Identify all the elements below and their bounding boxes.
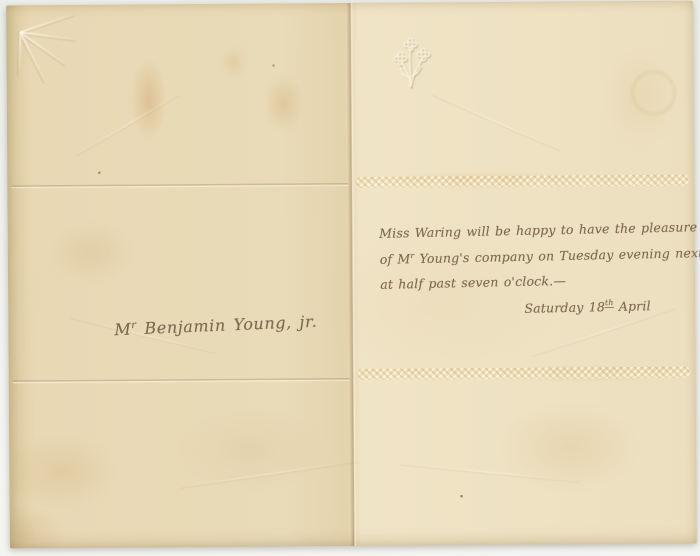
text-run: M — [114, 319, 132, 339]
text-run: Saturday 18 — [524, 299, 605, 316]
invitation-date-line: Saturday 18th April — [381, 292, 677, 324]
right-page-fold-crease-bottom — [357, 367, 691, 380]
letter-paper: Miss Waring will be happy to have the pl… — [6, 1, 697, 549]
text-run: of M — [380, 251, 411, 267]
superscript: th — [605, 298, 614, 308]
corner-crease-ray — [20, 14, 74, 34]
text-run: April — [613, 298, 650, 314]
text-run: at half past seven o'clock.— — [380, 273, 566, 292]
text-run: Young's company on Tuesday evening next — [414, 245, 700, 266]
left-page-fold-crease-top — [11, 183, 348, 188]
scan-background: Miss Waring will be happy to have the pl… — [0, 0, 700, 556]
addressee-name: Mr Benjamin Young, jr. — [114, 312, 318, 339]
paper-wrinkle — [433, 94, 562, 151]
invitation-text: Miss Waring will be happy to have the pl… — [379, 215, 677, 324]
right-page-fold-crease-top — [355, 175, 689, 188]
paper-wrinkle — [180, 460, 358, 487]
paper-wrinkle — [400, 463, 579, 482]
floral-crest-emboss-icon — [386, 32, 434, 88]
text-run: Benjamin Young, jr. — [136, 312, 317, 339]
corner-crease-ray — [18, 32, 21, 76]
text-run: Miss Waring will be happy to have the pl… — [379, 219, 697, 241]
paper-wrinkle — [75, 94, 179, 156]
left-page-fold-crease-bottom — [13, 378, 350, 383]
center-fold-crease — [346, 3, 357, 546]
